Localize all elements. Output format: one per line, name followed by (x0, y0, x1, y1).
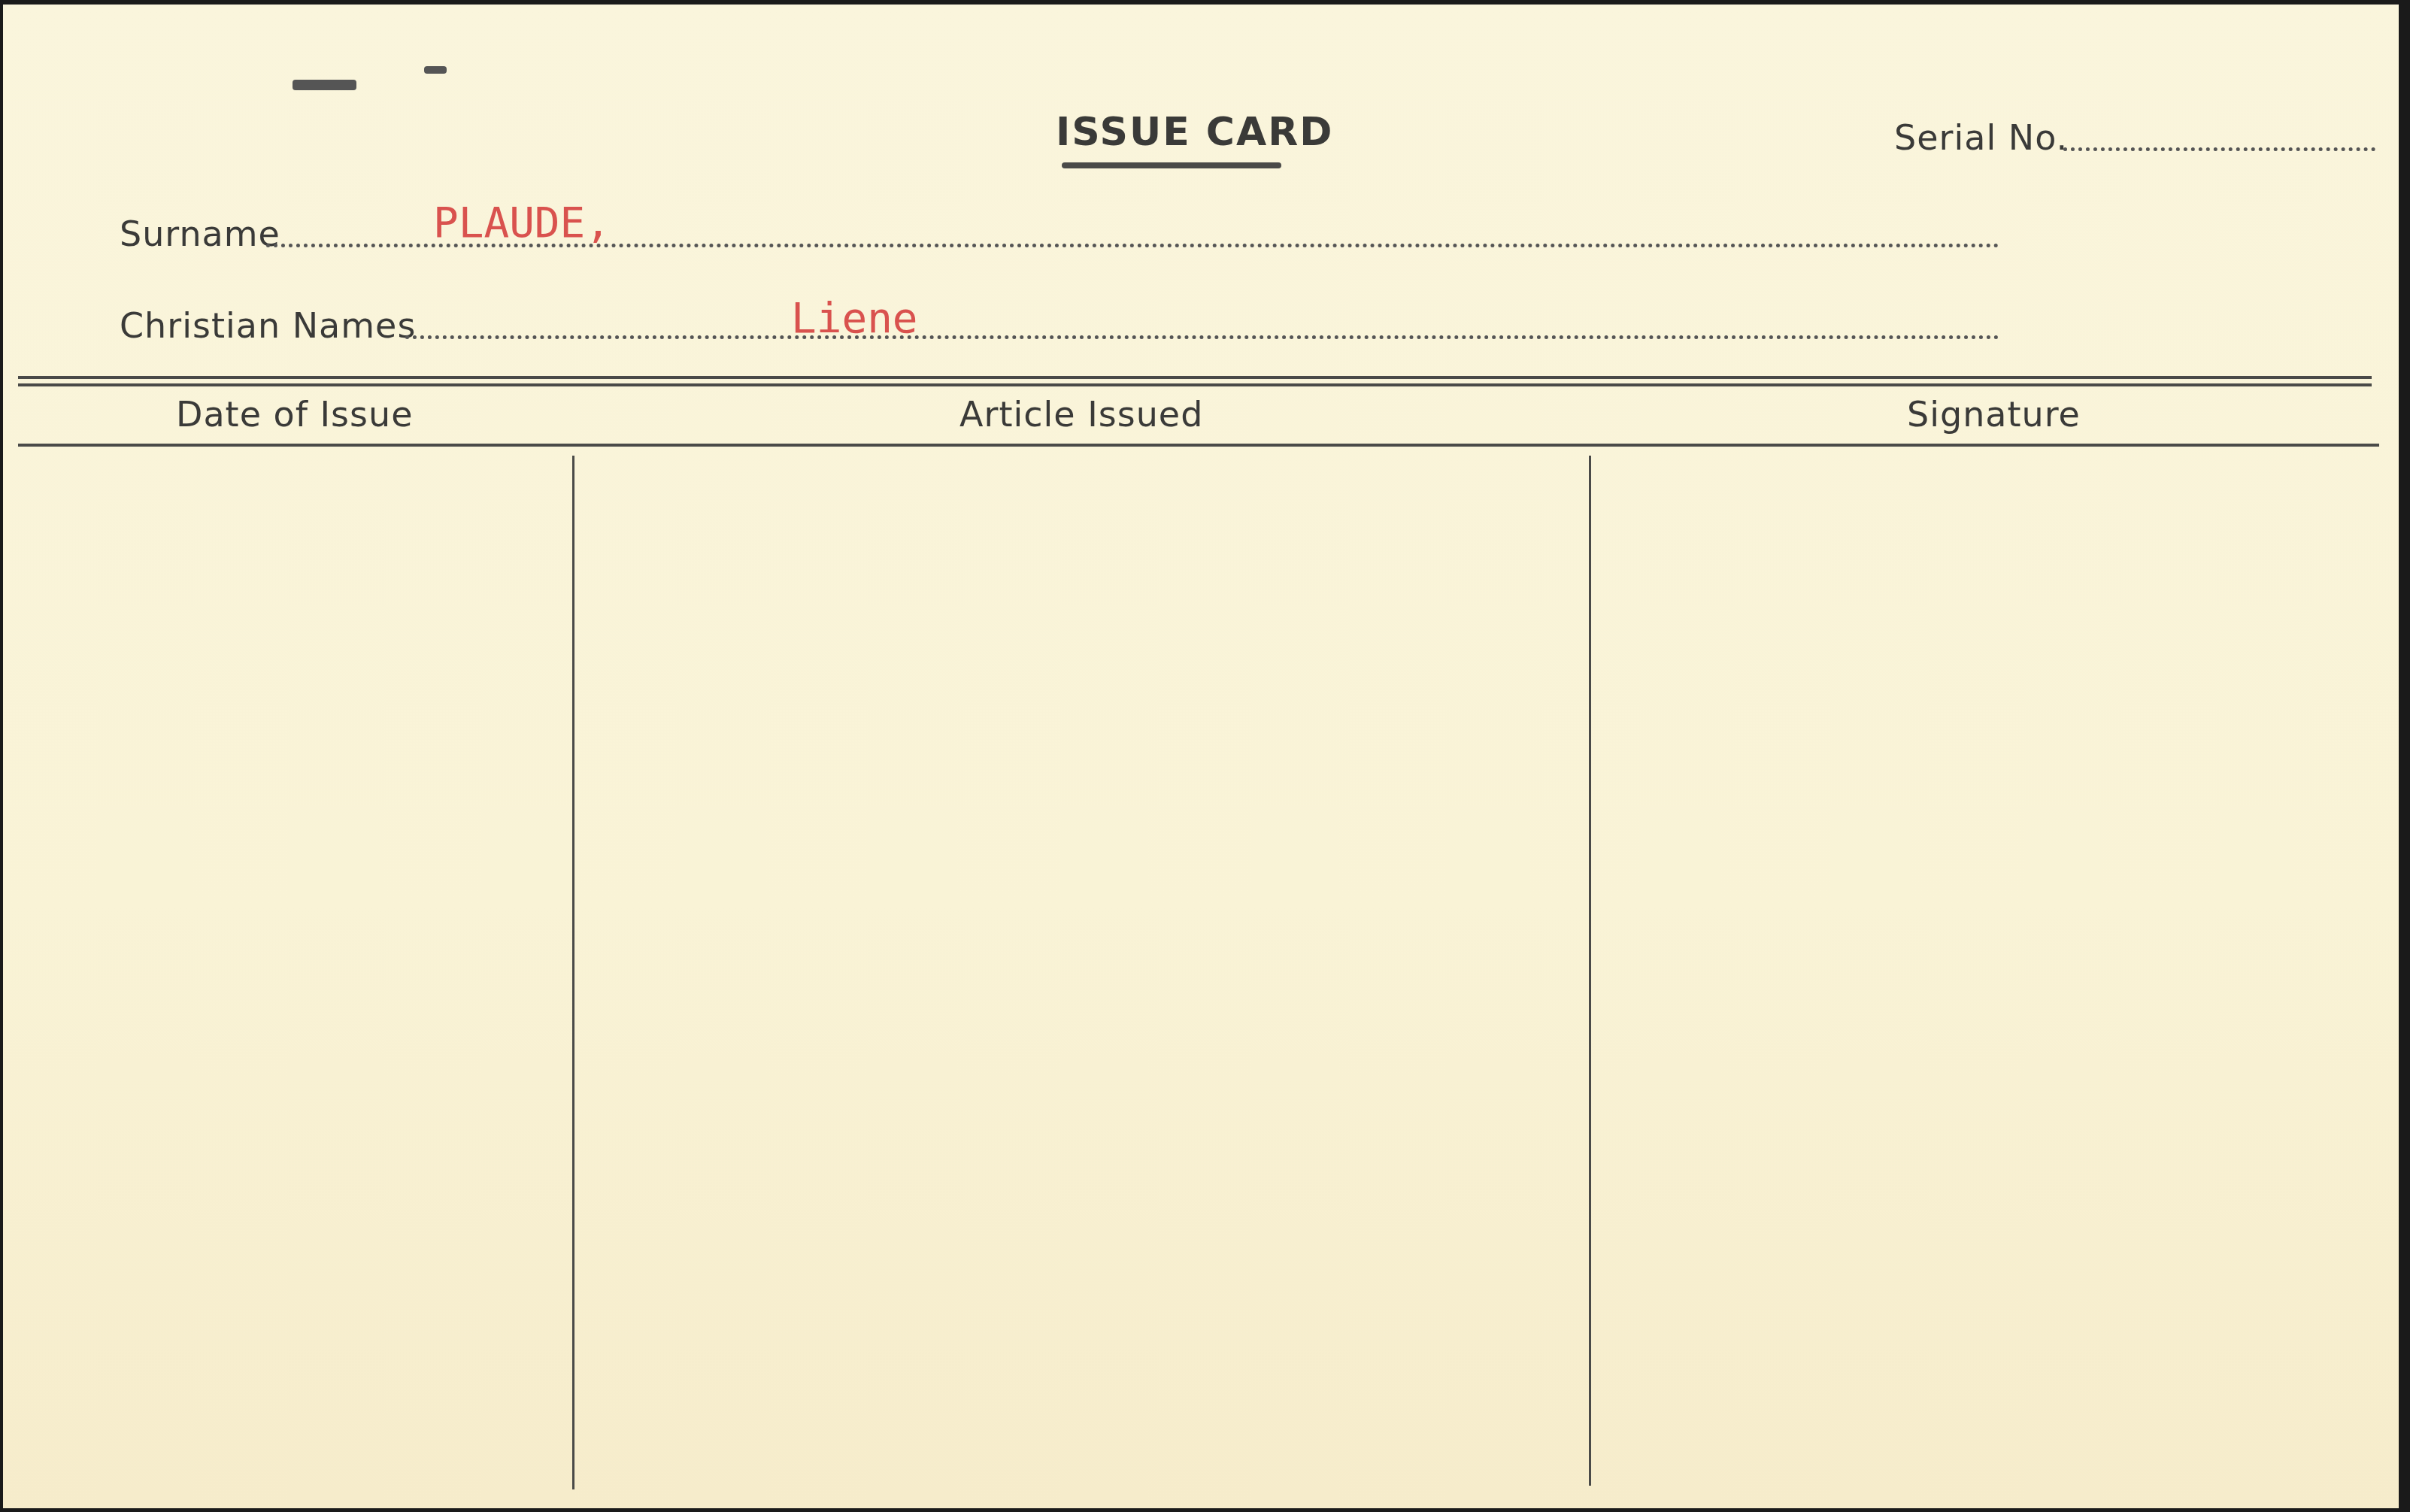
surname-label: Surname (120, 214, 280, 254)
christian-names-value[interactable]: Liene (791, 294, 918, 343)
christian-names-field-line (405, 335, 1999, 339)
column-divider-1 (572, 456, 574, 1489)
card-title: ISSUE CARD (1056, 110, 1333, 155)
column-header-signature: Signature (1907, 394, 2081, 435)
date-column-area[interactable] (18, 456, 571, 1486)
column-divider-2 (1589, 456, 1591, 1486)
column-header-article: Article Issued (959, 394, 1203, 435)
double-rule-bottom (18, 383, 2372, 386)
double-rule-top (18, 376, 2372, 379)
staple-mark (293, 80, 356, 90)
serial-field[interactable] (2063, 147, 2375, 151)
serial-label: Serial No. (1894, 117, 2068, 158)
header-bottom-rule (18, 444, 2379, 447)
surname-value[interactable]: PLAUDE, (433, 198, 611, 247)
issue-card: ISSUE CARD Serial No. Surname PLAUDE, Ch… (3, 5, 2399, 1508)
christian-names-label: Christian Names (120, 305, 416, 346)
article-column-area[interactable] (576, 456, 1587, 1486)
column-header-date: Date of Issue (176, 394, 413, 435)
staple-mark (424, 66, 447, 74)
title-underline (1062, 162, 1281, 168)
signature-column-area[interactable] (1593, 456, 2375, 1486)
